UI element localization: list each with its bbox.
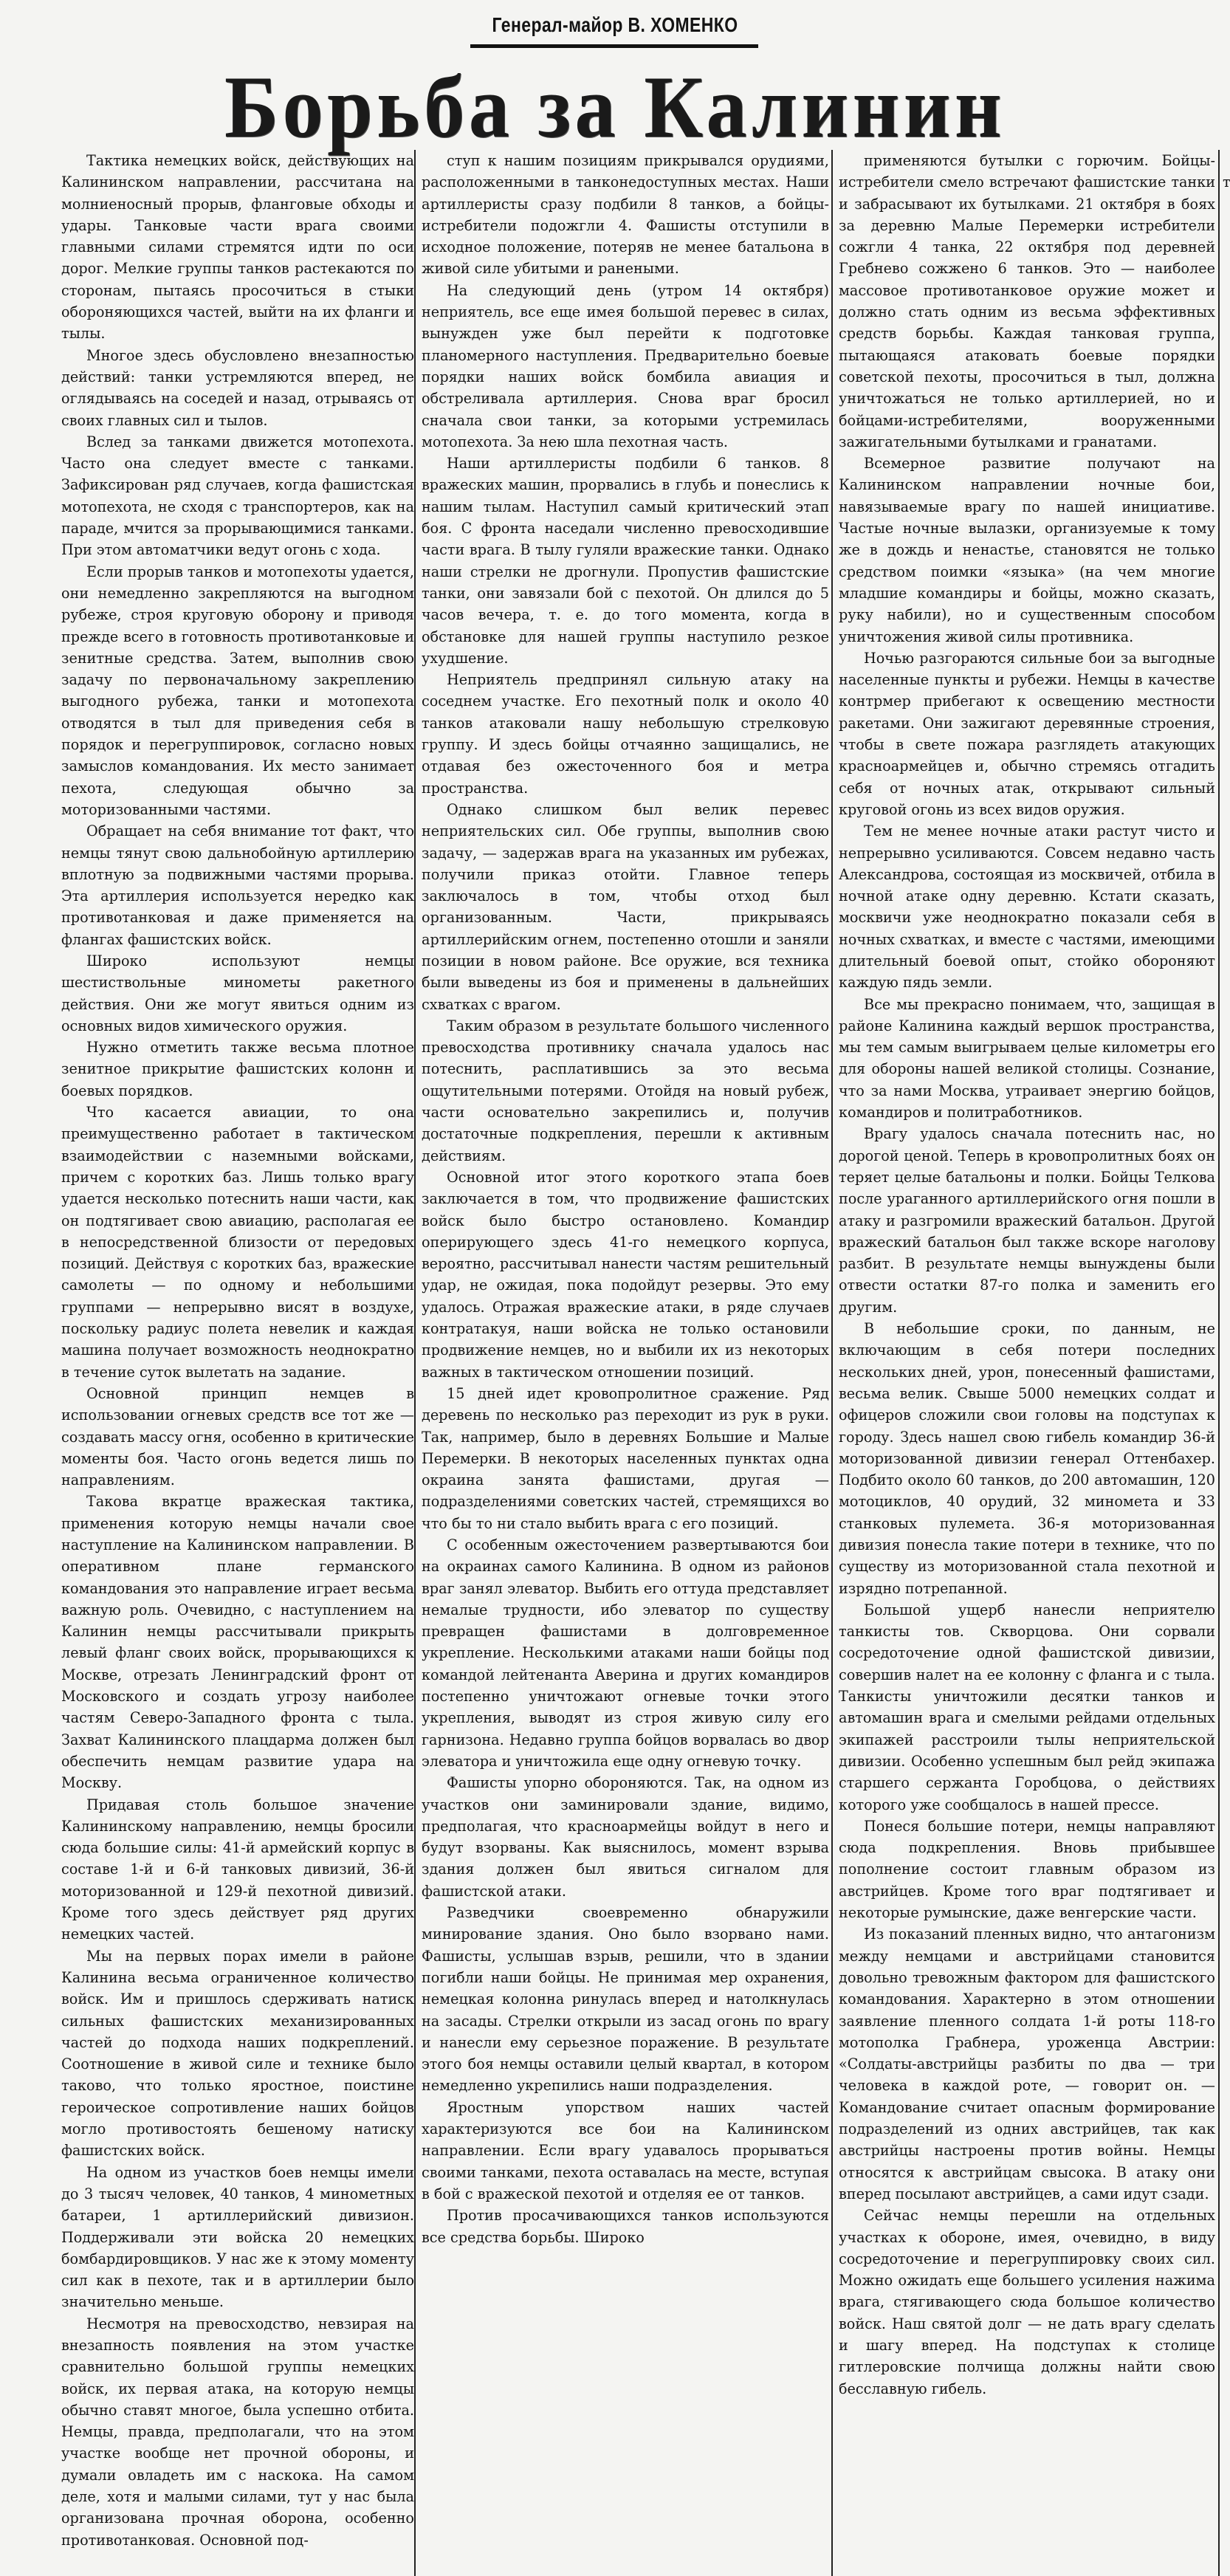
paragraph: С особенным ожесточением развертываются … xyxy=(422,1534,829,1772)
paragraph: Несмотря на превосходство, невзирая на в… xyxy=(61,2313,414,2551)
paragraph: В небольшие сроки, по данным, не включаю… xyxy=(839,1318,1215,1599)
paragraph: Большой ущерб нанесли неприятелю танкист… xyxy=(839,1599,1215,1816)
paragraph: Всемерное развитие получают на Калининск… xyxy=(839,453,1215,648)
paragraph: Основной итог этого короткого этапа боев… xyxy=(422,1167,829,1383)
paragraph: Яростным упорством наших частей характер… xyxy=(422,2097,829,2205)
paragraph: Фашисты упорно обороняются. Так, на одно… xyxy=(422,1772,829,1902)
article-column-2: ступ к нашим позициям прикрывался орудия… xyxy=(422,150,829,2576)
paragraph: На следующий день (утром 14 октября) неп… xyxy=(422,280,829,453)
paragraph: Придавая столь большое значение Калининс… xyxy=(61,1794,414,1945)
paragraph: Широко используют немцы шестиствольные м… xyxy=(61,950,414,1037)
paragraph: Разведчики своевременно обнаружили минир… xyxy=(422,1902,829,2097)
paragraph: Против просачивающихся танков используют… xyxy=(422,2205,829,2248)
paragraph: Такова вкратце вражеская тактика, примен… xyxy=(61,1491,414,1793)
paragraph: Что касается авиации, то она преимуществ… xyxy=(61,1102,414,1383)
paragraph: Наши артиллеристы подбили 6 танков. 8 вр… xyxy=(422,453,829,669)
paragraph: Нужно отметить также весьма плотное зени… xyxy=(61,1037,414,1102)
paragraph: Однако слишком был велик перевес неприят… xyxy=(422,799,829,1015)
paragraph: Основной принцип немцев в использовании … xyxy=(61,1383,414,1491)
paragraph: во ра по же до кн О на то те xyxy=(1223,150,1230,193)
paragraph: Понеся большие потери, немцы направляют … xyxy=(839,1816,1215,1923)
paragraph: Все мы прекрасно понимаем, что, защищая … xyxy=(839,994,1215,1124)
paragraph: Из показаний пленных видно, что антагони… xyxy=(839,1923,1215,2205)
paragraph: 15 дней идет кровопролитное сражение. Ря… xyxy=(422,1383,829,1534)
column-divider xyxy=(831,150,833,2576)
paragraph: Если прорыв танков и мотопехоты удается,… xyxy=(61,561,414,821)
article-column-3: применяются бутылки с горючим. Бойцы-ист… xyxy=(839,150,1215,2576)
paragraph: Врагу удалось сначала потеснить нас, но … xyxy=(839,1123,1215,1318)
byline: Генерал-майор В. ХОМЕНКО xyxy=(0,13,1230,41)
paragraph: Многое здесь обусловлено внезапностью де… xyxy=(61,345,414,431)
paragraph: Тактика немецких войск, действующих на К… xyxy=(61,150,414,345)
column-divider xyxy=(1218,150,1220,2576)
author-name: Генерал-майор В. ХОМЕНКО xyxy=(492,13,738,41)
byline-underline xyxy=(470,44,758,48)
paragraph: Сейчас немцы перешли на отдельных участк… xyxy=(839,2205,1215,2400)
cutoff-adjacent-column: во ра по же до кн О на то те xyxy=(1223,150,1230,2576)
article-column-1: Тактика немецких войск, действующих на К… xyxy=(61,150,414,2576)
paragraph: ступ к нашим позициям прикрывался орудия… xyxy=(422,150,829,280)
paragraph: Вслед за танками движется мотопехота. Ча… xyxy=(61,431,414,561)
paragraph: применяются бутылки с горючим. Бойцы-ист… xyxy=(839,150,1215,453)
column-divider xyxy=(414,150,416,2576)
article-title: Борьба за Калинин xyxy=(49,63,1181,151)
paragraph: Ночью разгораются сильные бои за выгодны… xyxy=(839,648,1215,820)
paragraph: Тем не менее ночные атаки растут чисто и… xyxy=(839,820,1215,993)
paragraph: Обращает на себя внимание тот факт, что … xyxy=(61,820,414,950)
paragraph: Мы на первых порах имели в районе Калини… xyxy=(61,1945,414,2162)
paragraph: Таким образом в результате большого числ… xyxy=(422,1015,829,1167)
paragraph: На одном из участков боев немцы имели до… xyxy=(61,2162,414,2313)
paragraph: Неприятель предпринял сильную атаку на с… xyxy=(422,669,829,799)
